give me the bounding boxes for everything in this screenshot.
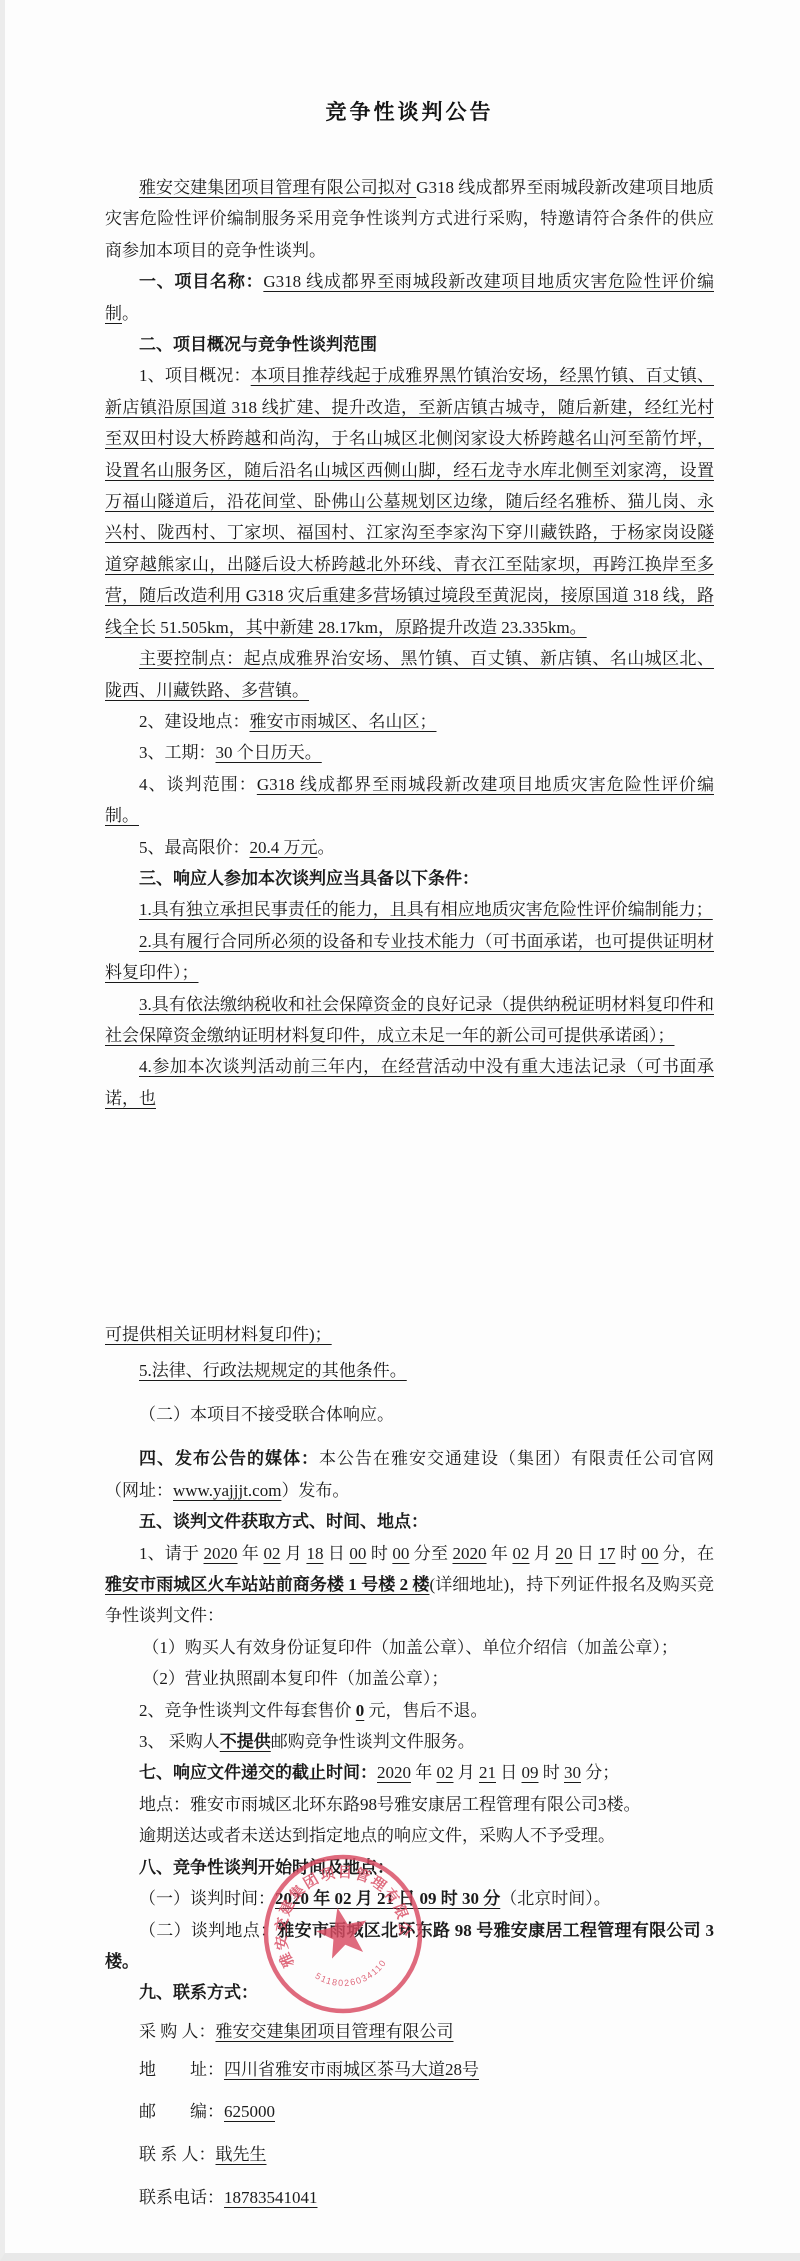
no-mail-service: 3、 采购人不提供邮购竞争性谈判文件服务。: [105, 1726, 714, 1757]
text-run: 。: [122, 304, 139, 323]
text-run: 雅安交建集团项目管理有限公司: [216, 2022, 454, 2041]
text-run: 02: [437, 1763, 454, 1782]
text-run: 时: [539, 1763, 565, 1782]
phone-line: 联系电话：18783541041: [105, 2182, 714, 2213]
text-run: 1.具有独立承担民事责任的能力，且具有相应地质灾害危险性评价编制能力；: [139, 900, 713, 919]
text-run: 00: [641, 1544, 658, 1563]
text-run: 02: [263, 1544, 280, 1563]
text-run: （2）营业执照副本复印件（加盖公章）；: [142, 1669, 448, 1688]
text-run: 四川省雅安市雨城区茶马大道28号: [224, 2060, 479, 2079]
text-run: 元，售后不退。: [364, 1701, 487, 1720]
text-run: 21: [479, 1763, 496, 1782]
condition-2: 2.具有履行合同所必须的设备和专业技术能力（可书面承诺，也可提供证明材料复印件）…: [105, 926, 714, 989]
text-run: 分；: [581, 1763, 619, 1782]
text-run: 20: [555, 1544, 572, 1563]
construction-site: 2、建设地点：雅安市雨城区、名山区；: [105, 706, 714, 737]
condition-5: 5.法律、行政法规规定的其他条件。: [105, 1355, 714, 1386]
text-run: 3.具有依法缴纳税收和社会保障资金的良好记录（提供纳税证明材料复印件和社会保障资…: [105, 995, 714, 1045]
text-run: 02: [512, 1544, 529, 1563]
price-cap: 5、最高限价：20.4 万元。: [105, 832, 714, 863]
text-run: 本项目推荐线起于成雅界黑竹镇治安场，经黑竹镇、百丈镇、新店镇沿原国道 318 线…: [105, 366, 714, 636]
text-run: 日: [572, 1544, 598, 1563]
condition-3: 3.具有依法缴纳税收和社会保障资金的良好记录（提供纳税证明材料复印件和社会保障资…: [105, 989, 714, 1052]
announcement-media: 四、发布公告的媒体：本公告在雅安交通建设（集团）有限责任公司官网（网址：www.…: [105, 1443, 714, 1506]
text-run: 2020 年 02 月 21 日 09 时 30 分: [275, 1889, 500, 1908]
text-run: 时: [615, 1544, 641, 1563]
text-run: （一）谈判时间：: [139, 1889, 275, 1908]
text-run: 。: [318, 838, 335, 857]
overdue-note: 逾期送达或者未送达到指定地点的响应文件，采购人不予受理。: [105, 1820, 714, 1851]
text-run: 九、联系方式：: [139, 1983, 258, 2002]
section-1-project-name: 一、项目名称：G318 线成都界至雨城段新改建项目地质灾害危险性评价编制。: [105, 266, 714, 329]
text-run: 00: [392, 1544, 409, 1563]
text-run: 30: [564, 1763, 581, 1782]
text-run: 18: [306, 1544, 323, 1563]
address-line: 地 址：四川省雅安市雨城区茶马大道28号: [105, 2054, 714, 2085]
text-run: 1、项目概况：: [139, 366, 251, 385]
text-run: 地点：雅安市雨城区北环东路98号雅安康居工程管理有限公司3楼。: [139, 1795, 641, 1814]
condition-4-part2: 可提供相关证明材料复印件)；: [105, 1319, 714, 1350]
text-run: 日: [496, 1763, 522, 1782]
text-run: 3、工期：: [139, 743, 216, 762]
document: 竞争性谈判公告 雅安交建集团项目管理有限公司拟对 G318 线成都界至雨城段新改…: [5, 0, 800, 2214]
text-run: 戢先生: [216, 2145, 267, 2164]
text-run: 不提供: [220, 1732, 271, 1751]
negotiation-scope: 4、谈判范围：G318 线成都界至雨城段新改建项目地质灾害危险性评价编制。: [105, 769, 714, 832]
text-run: 2020: [377, 1763, 411, 1782]
text-run: 2.具有履行合同所必须的设备和专业技术能力（可书面承诺，也可提供证明材料复印件）…: [105, 932, 714, 982]
text-run: 5.法律、行政法规规定的其他条件。: [139, 1361, 407, 1380]
text-run: 月: [454, 1763, 480, 1782]
text-run: ）发布。: [281, 1481, 349, 1500]
doc-price: 2、竞争性谈判文件每套售价 0 元，售后不退。: [105, 1695, 714, 1726]
website-url: www.yajjjt.com: [173, 1481, 281, 1500]
text-run: 17: [598, 1544, 615, 1563]
duration: 3、工期：30 个日历天。: [105, 737, 714, 768]
text-run: 分至: [409, 1544, 452, 1563]
text-run: （二）本项目不接受联合体响应。: [139, 1405, 394, 1424]
section-9-heading: 九、联系方式：: [105, 1977, 714, 2008]
purchase-requirement-1: （1）购买人有效身份证复印件（加盖公章）、单位介绍信（加盖公章）；: [105, 1632, 714, 1663]
text-run: 日: [323, 1544, 349, 1563]
control-points: 主要控制点：起点成雅界治安场、黑竹镇、百丈镇、新店镇、名山城区北、陇西、川藏铁路…: [105, 643, 714, 706]
text-run: 2020: [453, 1544, 487, 1563]
text-run: 时: [366, 1544, 392, 1563]
project-overview: 1、项目概况：本项目推荐线起于成雅界黑竹镇治安场，经黑竹镇、百丈镇、新店镇沿原国…: [105, 360, 714, 643]
text-run: 年: [411, 1763, 437, 1782]
text-run: 18783541041: [224, 2188, 318, 2207]
text-run: 月: [280, 1544, 306, 1563]
text-run: 年: [238, 1544, 264, 1563]
text-run: 联系电话：: [139, 2188, 224, 2207]
text-run: 分，在: [658, 1544, 714, 1563]
text-run: 联 系 人：: [139, 2145, 216, 2164]
text-run: 2、竞争性谈判文件每套售价: [139, 1701, 356, 1720]
submission-deadline: 七、响应文件递交的截止时间：2020 年 02 月 21 日 09 时 30 分…: [105, 1757, 714, 1788]
text-run: 二、项目概况与竞争性谈判范围: [139, 335, 377, 354]
negotiation-location: （二）谈判地点：雅安市雨城区北环东路 98 号雅安康居工程管理有限公司 3 楼。: [105, 1915, 714, 1978]
purchase-requirement-2: （2）营业执照副本复印件（加盖公章）；: [105, 1663, 714, 1694]
text-run: 4、谈判范围：: [139, 775, 257, 794]
text-run: 一、项目名称：: [139, 272, 263, 291]
doc-purchase-time: 1、请于 2020 年 02 月 18 日 00 时 00 分至 2020 年 …: [105, 1538, 714, 1632]
text-run: （1）购买人有效身份证复印件（加盖公章）、单位介绍信（加盖公章）；: [142, 1638, 678, 1657]
text-run: 20.4 万元: [250, 838, 318, 857]
text-run: 五、谈判文件获取方式、时间、地点：: [139, 1512, 428, 1531]
text-run: 年: [487, 1544, 513, 1563]
section-5-heading: 五、谈判文件获取方式、时间、地点：: [105, 1506, 714, 1537]
text-run: （二）谈判地点：: [139, 1921, 277, 1940]
text-run: 3、 采购人: [139, 1732, 220, 1751]
page-break-gap: [105, 1114, 714, 1319]
text-run: 雅安市雨城区、名山区；: [250, 712, 437, 731]
text-run: 5、最高限价：: [139, 838, 250, 857]
text-run: 三、响应人参加本次谈判应当具备以下条件：: [139, 869, 479, 888]
section-3-heading: 三、响应人参加本次谈判应当具备以下条件：: [105, 863, 714, 894]
purchaser-line: 采 购 人：雅安交建集团项目管理有限公司: [105, 2016, 714, 2047]
condition-1: 1.具有独立承担民事责任的能力，且具有相应地质灾害危险性评价编制能力；: [105, 894, 714, 925]
text-run: 主要控制点：起点成雅界治安场、黑竹镇、百丈镇、新店镇、名山城区北、陇西、川藏铁路…: [105, 649, 714, 699]
condition-4-part1: 4.参加本次谈判活动前三年内，在经营活动中没有重大违法记录（可书面承诺，也: [105, 1051, 714, 1114]
section-8-heading: 八、竞争性谈判开始时间及地点：: [105, 1852, 714, 1883]
text-run: 09: [522, 1763, 539, 1782]
document-body: 雅安交建集团项目管理有限公司拟对 G318 线成都界至雨城段新改建项目地质灾害危…: [105, 172, 714, 2214]
text-run: 地 址：: [139, 2060, 224, 2079]
text-run: 雅安市雨城区火车站站前商务楼 1 号楼 2 楼: [105, 1575, 429, 1594]
text-run: 2、建设地点：: [139, 712, 250, 731]
text-run: 4.参加本次谈判活动前三年内，在经营活动中没有重大违法记录（可书面承诺，也: [105, 1057, 714, 1107]
text-run: 八、竞争性谈判开始时间及地点：: [139, 1858, 394, 1877]
section-2-heading: 二、项目概况与竞争性谈判范围: [105, 329, 714, 360]
contact-person-line: 联 系 人：戢先生: [105, 2139, 714, 2170]
postcode-line: 邮 编：625000: [105, 2096, 714, 2127]
joint-response-note: （二）本项目不接受联合体响应。: [105, 1399, 714, 1430]
submission-location: 地点：雅安市雨城区北环东路98号雅安康居工程管理有限公司3楼。: [105, 1789, 714, 1820]
text-run: 逾期送达或者未送达到指定地点的响应文件，采购人不予受理。: [139, 1826, 615, 1845]
text-run: 1、请于: [139, 1544, 204, 1563]
text-run: 七、响应文件递交的截止时间：: [139, 1763, 377, 1782]
negotiation-time: （一）谈判时间：2020 年 02 月 21 日 09 时 30 分（北京时间）…: [105, 1883, 714, 1914]
text-run: 采 购 人：: [139, 2022, 216, 2041]
text-run: 邮购竞争性谈判文件服务。: [271, 1732, 475, 1751]
text-run: 2020: [204, 1544, 238, 1563]
document-title: 竞争性谈判公告: [105, 96, 714, 126]
text-run: 0: [356, 1701, 365, 1720]
text-run: （北京时间）。: [500, 1889, 611, 1908]
text-run: 月: [529, 1544, 555, 1563]
text-run: 雅安交建集团项目管理有限公司拟对: [139, 178, 416, 197]
text-run: 可提供相关证明材料复印件)；: [105, 1325, 332, 1344]
text-run: 四、发布公告的媒体：: [139, 1449, 319, 1468]
text-run: 625000: [224, 2102, 275, 2121]
text-run: 00: [349, 1544, 366, 1563]
text-run: 邮 编：: [139, 2102, 224, 2121]
intro-paragraph: 雅安交建集团项目管理有限公司拟对 G318 线成都界至雨城段新改建项目地质灾害危…: [105, 172, 714, 266]
scanned-page: 竞争性谈判公告 雅安交建集团项目管理有限公司拟对 G318 线成都界至雨城段新改…: [0, 0, 800, 2261]
text-run: 30 个日历天。: [216, 743, 322, 762]
